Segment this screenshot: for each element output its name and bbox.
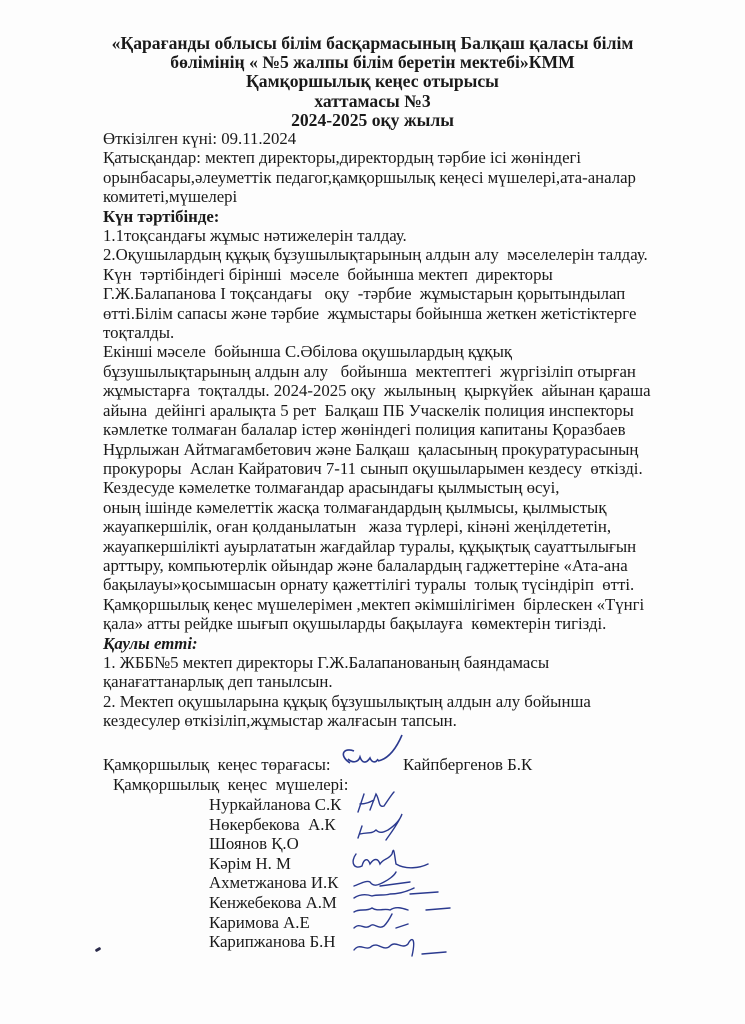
scan-mark [95,947,102,953]
participants-line-1: Қатысқандар: мектеп директоры,директорды… [103,148,703,167]
member-name: Нөкербекова А.К [209,815,341,835]
header-line-5: 2024-2025 оқу жылы [60,111,685,130]
member-name: Ахметжанова И.К [209,873,341,893]
agenda-item-2: 2.Оқушылардың құқық бұзушылықтарының алд… [103,245,703,264]
date-line: Өткізілген күні: 09.11.2024 [103,129,703,148]
second-report-line-13: бақылауы»қосымшасын орнату қажеттілігі т… [103,575,703,594]
participants-line-2: орынбасары,әлеуметтік педагог,қамқоршылы… [103,168,703,187]
resolution-heading: Қаулы етті: [103,634,703,653]
second-report-line-14: Қамқоршылық кеңес мүшелерімен ,мектеп әк… [103,595,703,614]
document-body: Өткізілген күні: 09.11.2024 Қатысқандар:… [103,129,703,731]
resolution-line-1: 1. ЖББ№5 мектеп директоры Г.Ж.Балапанова… [103,653,703,672]
resolution-line-4: кездесулер өткізіліп,жұмыстар жалғасын т… [103,711,703,730]
second-report-line-15: қала» атты рейдке шығып оқушыларды бақыл… [103,614,703,633]
second-report-line-4: айына дейінгі аралықта 5 рет Балқаш ПБ У… [103,401,703,420]
chair-signature-icon [330,733,410,778]
member-signatures-icon [350,790,480,980]
first-report-line-2: Г.Ж.Балапанова І тоқсандағы оқу -тәрбие … [103,284,703,303]
second-report-line-3: жұмыстарға тоқталды. 2024-2025 оқу жылын… [103,381,703,400]
resolution-line-2: қанағаттанарлық деп танылсын. [103,672,703,691]
chair-name: Кайпбергенов Б.К [403,755,532,775]
first-report-line-1: Күн тәртібіндегі бірінші мәселе бойынша … [103,265,703,284]
first-report-line-4: тоқталды. [103,323,703,342]
second-report-line-8: Кездесуде кәмелетке толмағандар арасында… [103,478,703,497]
second-report-line-1: Екінші мәселе бойынша С.Әбілова оқушылар… [103,342,703,361]
agenda-heading: Күн тәртібінде: [103,207,703,226]
member-name: Шоянов Қ.О [209,834,341,854]
agenda-item-1: 1.1тоқсандағы жұмыс нәтижелерін талдау. [103,226,703,245]
second-report-line-7: прокуроры Аслан Кайратович 7-11 сынып оқ… [103,459,703,478]
member-name: Нуркайланова С.К [209,795,341,815]
second-report-line-11: жауапкершілікті ауырлататын жағдайлар ту… [103,537,703,556]
header-line-1: «Қарағанды облысы білім басқармасының Ба… [60,34,685,53]
members-label: Қамқоршылық кеңес мүшелері: [113,775,348,795]
chair-label: Қамқоршылық кеңес төрағасы: [103,755,331,775]
member-name: Кәрім Н. М [209,854,341,874]
participants-line-3: комитеті,мүшелері [103,187,703,206]
header-line-2: бөлімінің « №5 жалпы білім беретін мекте… [60,53,685,72]
members-list: Нуркайланова С.К Нөкербекова А.К Шоянов … [209,795,341,952]
second-report-line-9: оның ішінде кәмелеттік жасқа толмағандар… [103,498,703,517]
resolution-line-3: 2. Мектеп оқушыларына құқық бұзушылықтың… [103,692,703,711]
first-report-line-3: өтті.Білім сапасы және тәрбие жұмыстары … [103,304,703,323]
header-line-4: хаттамасы №3 [60,92,685,111]
second-report-line-5: кәмлетке толмаған балалар істер жөніндег… [103,420,703,439]
scanned-page: «Қарағанды облысы білім басқармасының Ба… [0,0,745,1024]
header-line-3: Қамқоршылық кеңес отырысы [60,72,685,91]
second-report-line-6: Нұрлыжан Айтмагамбетович және Балқаш қал… [103,440,703,459]
document-header: «Қарағанды облысы білім басқармасының Ба… [60,34,685,130]
second-report-line-10: жауапкершілік, оған қолданылатын жаза тү… [103,517,703,536]
second-report-line-12: арттыру, компьютерлік ойындар және балал… [103,556,703,575]
member-name: Кенжебекова А.М [209,893,341,913]
second-report-line-2: бұзушылықтарының алдын алу бойынша мекте… [103,362,703,381]
member-name: Каримова А.Е [209,913,341,933]
member-name: Карипжанова Б.Н [209,932,341,952]
